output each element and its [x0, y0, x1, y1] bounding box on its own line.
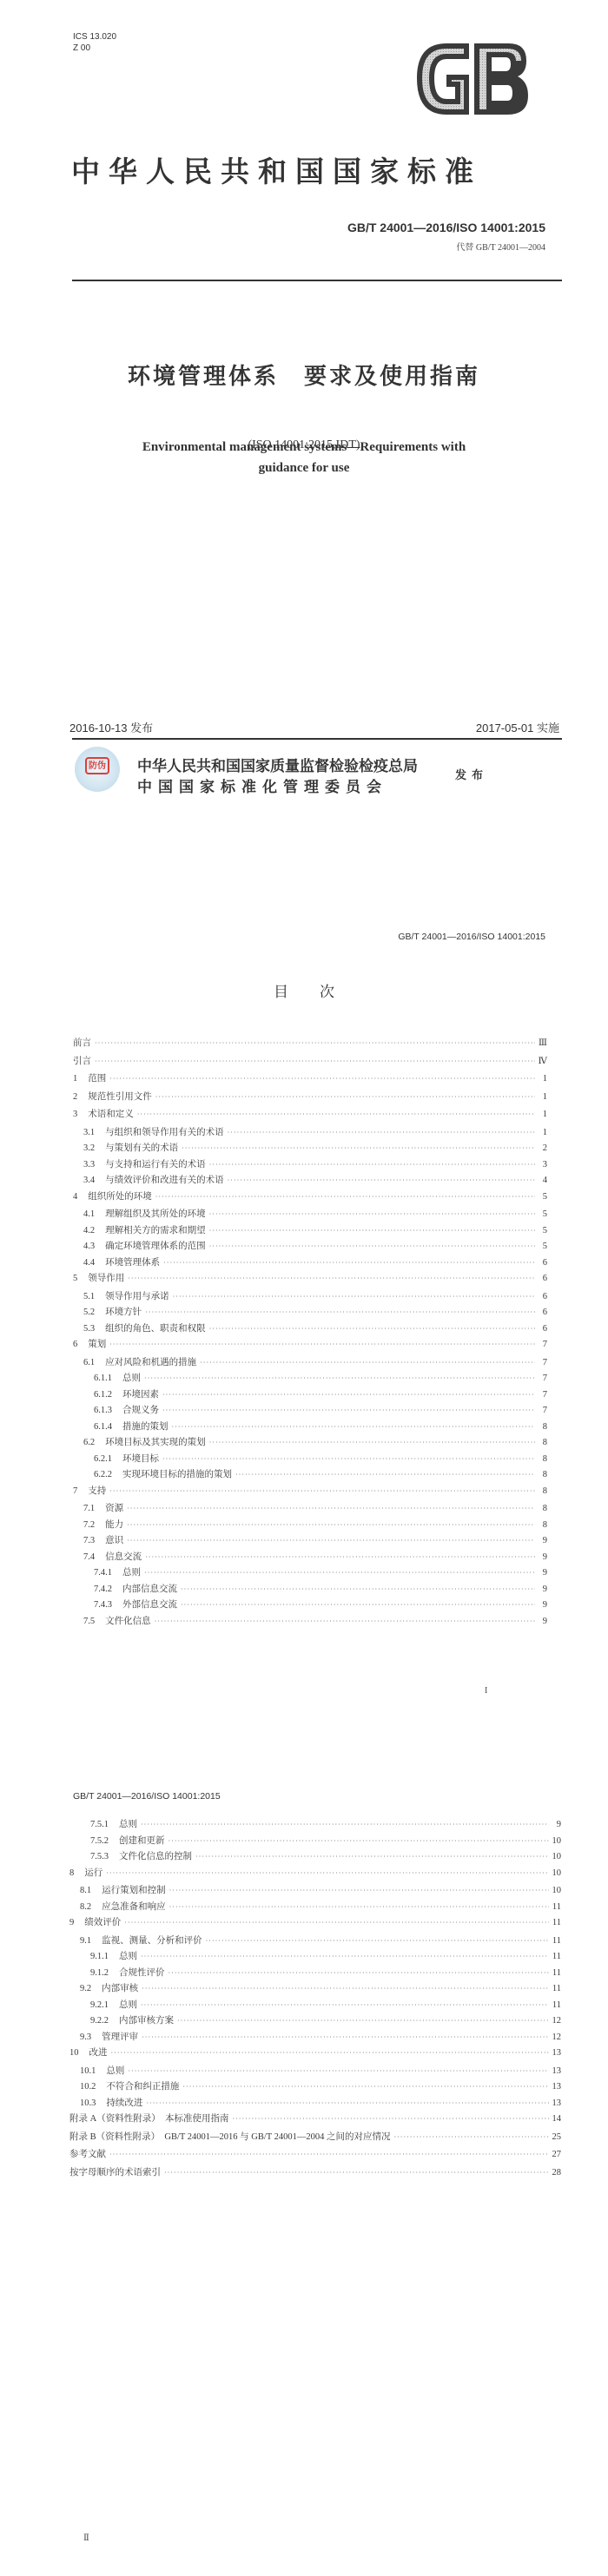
- toc-entry[interactable]: 7.5.2创建和更新10: [69, 1834, 561, 1850]
- toc-entry-number: 7.5: [83, 1617, 95, 1626]
- toc-entry-page: 12: [552, 2016, 562, 2026]
- toc-entry[interactable]: 1范围1: [73, 1071, 547, 1090]
- toc-entry-page: 13: [552, 2082, 562, 2092]
- toc-dot-leader: [128, 2067, 548, 2075]
- toc-entry-label: 理解相关方的需求和期望: [105, 1223, 206, 1236]
- toc-entry[interactable]: 8.1运行策划和控制10: [69, 1883, 561, 1900]
- toc-dot-leader: [111, 2049, 549, 2057]
- toc-entry-page: 13: [552, 2048, 562, 2058]
- toc-entry-page: 6: [539, 1324, 547, 1334]
- toc-entry[interactable]: 4.4环境管理体系6: [73, 1255, 547, 1272]
- toc-entry-number: 7.3: [83, 1536, 95, 1545]
- national-standard-title: 中华人民共和国国家标准: [71, 149, 566, 190]
- toc-entry[interactable]: 10改进13: [69, 2046, 561, 2064]
- toc-entry-label: 运行策划和控制: [102, 1883, 166, 1896]
- toc-dot-leader: [209, 1242, 535, 1250]
- toc-dot-leader: [169, 1969, 549, 1977]
- toc-entry-page: 11: [552, 1968, 561, 1978]
- toc-title: 目次: [0, 979, 608, 1001]
- toc-entry[interactable]: 7支持8: [73, 1484, 547, 1502]
- stamp-logo-icon: 防伪: [85, 757, 109, 774]
- table-of-contents-page1: 前言Ⅲ引言Ⅳ1范围12规范性引用文件13术语和定义13.1与组织和领导作用有关的…: [73, 1036, 547, 1630]
- toc-entry-page: 7: [539, 1406, 547, 1415]
- toc-entry-number: 9.2: [80, 1984, 91, 1993]
- toc-entry-label: 前言: [73, 1036, 91, 1049]
- toc-entry-number: 4.1: [83, 1209, 95, 1219]
- toc-entry[interactable]: 3术语和定义1: [73, 1107, 547, 1125]
- toc-entry[interactable]: 4.1理解组织及其所处的环境5: [73, 1207, 547, 1223]
- toc-entry[interactable]: 7.4.1总则9: [73, 1565, 547, 1582]
- anti-counterfeit-stamp: 防伪: [75, 747, 120, 792]
- toc-entry[interactable]: 9.2.2内部审核方案12: [69, 2013, 561, 2030]
- toc-entry[interactable]: 6.2.1环境目标8: [73, 1452, 547, 1468]
- toc-entry-page: 10: [552, 1852, 562, 1861]
- toc-entry[interactable]: 8.2应急准备和响应11: [69, 1900, 561, 1916]
- ccs-code: Z 00: [73, 43, 116, 54]
- toc-entry-label: 文件化信息的控制: [119, 1849, 192, 1862]
- toc-entry-number: 7.2: [83, 1520, 95, 1530]
- toc-entry-page: 6: [539, 1274, 547, 1283]
- toc-entry[interactable]: 9.1.1总则11: [69, 1949, 561, 1966]
- toc-entry-number: 4: [73, 1192, 77, 1202]
- toc-entry-page: 9: [552, 1820, 561, 1829]
- toc-entry[interactable]: 7.5文件化信息9: [73, 1614, 547, 1631]
- toc-entry-label: 组织所处的环境: [88, 1189, 152, 1202]
- toc-entry[interactable]: 9.1监视、测量、分析和评价11: [69, 1934, 561, 1950]
- toc-dot-leader: [181, 1601, 535, 1609]
- toc-dot-leader: [109, 1341, 535, 1348]
- toc-dot-leader: [145, 1308, 535, 1316]
- table-of-contents-page2: 7.5.1总则97.5.2创建和更新107.5.3文件化信息的控制108运行10…: [69, 1817, 561, 2183]
- toc-dot-leader: [127, 1505, 535, 1512]
- toc-entry-number: 9.2.2: [90, 2016, 109, 2026]
- toc-dot-leader: [163, 1259, 535, 1267]
- toc-entry[interactable]: 4组织所处的环境5: [73, 1189, 547, 1208]
- toc-entry-page: 1: [539, 1128, 547, 1137]
- toc-entry-number: 6: [73, 1340, 77, 1349]
- toc-entry-label: 规范性引用文件: [88, 1090, 152, 1103]
- toc-entry[interactable]: 9.2.1总则11: [69, 1998, 561, 2014]
- toc-entry-page: 3: [539, 1160, 547, 1169]
- toc-dot-leader: [127, 1537, 535, 1545]
- toc-dot-leader: [142, 1985, 549, 1993]
- replaces-standard: 代替 GB/T 24001—2004: [456, 240, 545, 253]
- toc-dot-leader: [162, 1407, 535, 1414]
- toc-entry-page: 8: [539, 1486, 547, 1496]
- toc-entry[interactable]: 6.1.4措施的策划8: [73, 1420, 547, 1436]
- toc-entry-number: 6.1.1: [94, 1374, 112, 1383]
- toc-entry-label: 术语和定义: [88, 1107, 134, 1120]
- toc-entry-number: 6.1: [83, 1358, 95, 1367]
- toc-entry-page: 7: [539, 1358, 547, 1367]
- toc-entry-page: 9: [539, 1600, 547, 1610]
- toc-entry-number: 4.4: [83, 1258, 95, 1268]
- toc-entry-label: 领导作用: [88, 1271, 124, 1284]
- toc-entry[interactable]: 7.4.2内部信息交流9: [73, 1582, 547, 1598]
- toc-entry[interactable]: 5领导作用6: [73, 1271, 547, 1289]
- toc-entry-page: 5: [539, 1242, 547, 1251]
- toc-entry-page: 11: [552, 1902, 561, 1912]
- toc-entry-page: 11: [552, 1984, 561, 1993]
- toc-entry[interactable]: 9.2内部审核11: [69, 1981, 561, 1998]
- document-title-en-line2: guidance for use: [113, 458, 495, 478]
- toc-entry-number: 10.2: [80, 2082, 96, 2092]
- toc-dot-leader: [144, 1569, 535, 1577]
- toc-entry-label: 应急准备和响应: [102, 1900, 166, 1913]
- toc-entry-page: 28: [552, 2168, 562, 2177]
- toc-entry[interactable]: 引言Ⅳ: [73, 1054, 547, 1072]
- toc-dot-leader: [155, 1093, 535, 1101]
- toc-entry-number: 5.1: [83, 1292, 95, 1301]
- toc-entry-page: 8: [539, 1504, 547, 1513]
- toc-entry[interactable]: 6.1.1总则7: [73, 1371, 547, 1387]
- toc-entry-page: 11: [552, 1936, 561, 1946]
- toc-entry-number: 9.1.1: [90, 1952, 109, 1961]
- toc-entry-label: 与支持和运行有关的术语: [105, 1157, 206, 1170]
- toc-entry-page: 8: [539, 1438, 547, 1447]
- toc-entry[interactable]: 附录 A（资料性附录） 本标准使用指南14: [69, 2112, 561, 2130]
- standard-number: GB/T 24001—2016/ISO 14001:2015: [347, 221, 545, 234]
- toc-entry-label: 总则: [122, 1565, 141, 1578]
- toc-entry-page: 2: [539, 1143, 547, 1153]
- running-header-page1: GB/T 24001—2016/ISO 14001:2015: [398, 932, 545, 942]
- toc-dot-leader: [124, 1919, 549, 1927]
- toc-entry[interactable]: 3.2与策划有关的术语2: [73, 1141, 547, 1157]
- toc-entry[interactable]: 2规范性引用文件1: [73, 1090, 547, 1108]
- toc-entry[interactable]: 6.2.2实现环境目标的措施的策划8: [73, 1467, 547, 1484]
- toc-entry-page: 8: [539, 1470, 547, 1479]
- toc-entry[interactable]: 6.1.2环境因素7: [73, 1387, 547, 1404]
- toc-entry[interactable]: 9绩效评价11: [69, 1915, 561, 1934]
- toc-entry-label: 参考文献: [69, 2147, 106, 2160]
- ics-code: ICS 13.020: [73, 31, 116, 43]
- ics-classification: ICS 13.020 Z 00: [73, 31, 116, 54]
- toc-entry-label: 附录 A（资料性附录） 本标准使用指南: [69, 2112, 228, 2125]
- toc-entry-label: 环境管理体系: [105, 1255, 160, 1268]
- toc-dot-leader: [393, 2133, 548, 2141]
- cover-bottom-divider: [72, 738, 562, 740]
- toc-entry-number: 6.2.2: [94, 1470, 112, 1479]
- toc-entry-number: 8.1: [80, 1886, 91, 1895]
- toc-entry[interactable]: 6.1应对风险和机遇的措施7: [73, 1355, 547, 1372]
- toc-entry-number: 3.4: [83, 1176, 95, 1185]
- toc-entry[interactable]: 参考文献27: [69, 2147, 561, 2165]
- toc-dot-leader: [95, 1057, 535, 1065]
- toc-dot-leader: [137, 1110, 535, 1118]
- toc-dot-leader: [162, 1455, 535, 1463]
- toc-entry[interactable]: 4.3确定环境管理体系的范围5: [73, 1239, 547, 1255]
- toc-entry[interactable]: 3.1与组织和领导作用有关的术语1: [73, 1125, 547, 1142]
- toc-entry-number: 3.1: [83, 1128, 95, 1137]
- toc-entry-label: 合规义务: [122, 1403, 159, 1416]
- toc-entry-page: 11: [552, 1918, 561, 1927]
- toc-entry-page: 8: [539, 1520, 547, 1530]
- toc-entry-label: 合规性评价: [119, 1966, 165, 1979]
- toc-dot-leader: [162, 1391, 535, 1399]
- toc-entry-label: 附录 B（资料性附录） GB/T 24001—2016 与 GB/T 24001…: [69, 2130, 390, 2143]
- toc-entry-number: 9: [69, 1918, 74, 1927]
- toc-entry-label: 组织的角色、职责和权限: [105, 1321, 206, 1334]
- toc-entry-label: 措施的策划: [122, 1420, 169, 1433]
- toc-entry-label: 总则: [122, 1371, 141, 1384]
- toc-dot-leader: [109, 1487, 535, 1495]
- toc-entry-page: 13: [552, 2066, 562, 2076]
- toc-entry[interactable]: 7.1资源8: [73, 1501, 547, 1518]
- toc-entry[interactable]: 7.5.3文件化信息的控制10: [69, 1849, 561, 1866]
- toc-entry-label: 环境目标及其实现的策划: [105, 1435, 206, 1448]
- toc-entry-number: 6.1.4: [94, 1422, 112, 1432]
- toc-dot-leader: [181, 1585, 535, 1593]
- toc-entry-page: 10: [552, 1886, 562, 1895]
- toc-entry[interactable]: 7.2能力8: [73, 1518, 547, 1534]
- toc-entry[interactable]: 6.1.3合规义务7: [73, 1403, 547, 1420]
- toc-entry[interactable]: 5.3组织的角色、职责和权限6: [73, 1321, 547, 1338]
- toc-entry[interactable]: 5.2环境方针6: [73, 1305, 547, 1321]
- toc-entry-number: 6.1.3: [94, 1406, 112, 1415]
- toc-dot-leader: [228, 1176, 535, 1184]
- toc-entry-number: 7.4: [83, 1552, 95, 1562]
- toc-entry-label: 总则: [119, 1817, 137, 1830]
- toc-entry[interactable]: 6.2环境目标及其实现的策划8: [73, 1435, 547, 1452]
- toc-dot-leader: [169, 1887, 549, 1894]
- toc-entry-page: 5: [539, 1192, 547, 1202]
- toc-entry-label: 策划: [88, 1337, 106, 1350]
- toc-entry[interactable]: 3.3与支持和运行有关的术语3: [73, 1157, 547, 1174]
- toc-dot-leader: [144, 1374, 535, 1382]
- toc-entry[interactable]: 8运行10: [69, 1866, 561, 1884]
- toc-dot-leader: [209, 1439, 535, 1446]
- toc-entry-number: 5: [73, 1274, 77, 1283]
- toc-entry-label: 绩效评价: [84, 1915, 121, 1928]
- toc-entry-label: 能力: [105, 1518, 123, 1531]
- toc-dot-leader: [177, 2017, 549, 2025]
- toc-entry-page: Ⅲ: [539, 1038, 547, 1048]
- toc-entry-number: 7: [73, 1486, 77, 1496]
- toc-entry[interactable]: 前言Ⅲ: [73, 1036, 547, 1054]
- toc-entry-number: 10: [69, 2048, 79, 2058]
- toc-dot-leader: [173, 1293, 535, 1301]
- toc-dot-leader: [206, 1937, 549, 1945]
- toc-entry[interactable]: 7.5.1总则9: [69, 1817, 561, 1834]
- toc-entry-label: 文件化信息: [105, 1614, 151, 1627]
- toc-entry-label: 总则: [119, 1949, 137, 1962]
- toc-entry-page: 5: [539, 1209, 547, 1219]
- toc-entry-label: 改进: [89, 2046, 108, 2059]
- toc-dot-leader: [172, 1423, 536, 1431]
- toc-entry-number: 3: [73, 1110, 77, 1119]
- toc-entry-number: 9.1: [80, 1936, 91, 1946]
- toc-dot-leader: [209, 1210, 535, 1218]
- toc-entry[interactable]: 7.3意识9: [73, 1533, 547, 1550]
- toc-entry[interactable]: 按字母顺序的术语索引28: [69, 2165, 561, 2184]
- toc-dot-leader: [155, 1617, 535, 1625]
- toc-entry-page: 9: [539, 1536, 547, 1545]
- toc-dot-leader: [209, 1161, 535, 1169]
- toc-entry-label: 内部信息交流: [122, 1582, 177, 1595]
- toc-entry-page: 12: [552, 2032, 562, 2042]
- toc-dot-leader: [95, 1039, 535, 1047]
- toc-entry-number: 9.3: [80, 2032, 91, 2042]
- toc-entry-label: 支持: [88, 1484, 106, 1497]
- toc-entry-number: 10.3: [80, 2098, 96, 2108]
- toc-entry-label: 创建和更新: [119, 1834, 165, 1847]
- issue-label: 发布: [455, 766, 488, 782]
- toc-entry-page: 1: [539, 1074, 547, 1084]
- toc-entry-page: 6: [539, 1292, 547, 1301]
- toc-dot-leader: [142, 2033, 548, 2041]
- gb-logo: [412, 38, 532, 122]
- toc-dot-leader: [146, 2099, 548, 2107]
- toc-dot-leader: [164, 2169, 549, 2177]
- toc-entry-page: 9: [539, 1552, 547, 1562]
- toc-entry-label: 引言: [73, 1054, 91, 1067]
- toc-entry-number: 10.1: [80, 2066, 96, 2076]
- gb-logo-icon: [412, 38, 532, 122]
- toc-entry-page: 10: [552, 1836, 562, 1846]
- toc-entry-page: 8: [539, 1454, 547, 1464]
- toc-entry-number: 8: [69, 1868, 74, 1878]
- toc-entry-number: 7.4.3: [94, 1600, 112, 1610]
- toc-entry-page: 10: [552, 1868, 562, 1878]
- toc-dot-leader: [232, 2115, 548, 2123]
- toc-entry-page: 9: [539, 1568, 547, 1578]
- cover-top-divider: [72, 280, 562, 281]
- toc-entry-number: 5.3: [83, 1324, 95, 1334]
- toc-entry[interactable]: 4.2理解相关方的需求和期望5: [73, 1223, 547, 1240]
- toc-dot-leader: [106, 1869, 548, 1877]
- toc-entry-number: 5.2: [83, 1308, 95, 1317]
- toc-entry-page: 9: [539, 1617, 547, 1626]
- toc-entry-page: 7: [539, 1374, 547, 1383]
- toc-dot-leader: [141, 1953, 549, 1960]
- toc-entry-page: 6: [539, 1308, 547, 1317]
- toc-entry[interactable]: 10.3持续改进13: [69, 2096, 561, 2112]
- toc-entry-number: 2: [73, 1092, 77, 1102]
- toc-entry[interactable]: 6策划7: [73, 1337, 547, 1355]
- toc-entry-label: 应对风险和机遇的措施: [105, 1355, 196, 1368]
- publish-date: 2016-10-13 发布: [69, 719, 153, 735]
- page-folio-1: I: [485, 1686, 487, 1696]
- toc-entry[interactable]: 附录 B（资料性附录） GB/T 24001—2016 与 GB/T 24001…: [69, 2130, 561, 2148]
- toc-entry-page: 5: [539, 1226, 547, 1235]
- toc-dot-leader: [155, 1193, 535, 1201]
- toc-dot-leader: [109, 1075, 535, 1083]
- toc-entry[interactable]: 5.1领导作用与承诺6: [73, 1289, 547, 1306]
- toc-dot-leader: [169, 1837, 549, 1845]
- toc-entry-number: 7.5.3: [90, 1852, 109, 1861]
- toc-entry-page: 7: [539, 1340, 547, 1349]
- toc-entry-label: 持续改进: [106, 2096, 142, 2109]
- toc-entry-label: 资源: [105, 1501, 123, 1514]
- page-folio-2: Ⅱ: [83, 2533, 89, 2543]
- issuer-sac: 中国国家标准化管理委员会: [137, 774, 387, 796]
- toc-entry-number: 1: [73, 1074, 77, 1084]
- toc-dot-leader: [209, 1227, 535, 1235]
- toc-entry[interactable]: 9.3管理评审12: [69, 2030, 561, 2046]
- toc-entry-page: 13: [552, 2098, 562, 2108]
- toc-entry-number: 7.4.2: [94, 1584, 112, 1594]
- toc-entry-label: 监视、测量、分析和评价: [102, 1934, 202, 1947]
- toc-entry-number: 4.2: [83, 1226, 95, 1235]
- toc-dot-leader: [145, 1553, 535, 1561]
- toc-entry-label: 范围: [88, 1071, 106, 1084]
- toc-entry-page: 11: [552, 2000, 561, 2010]
- toc-entry[interactable]: 10.2不符合和纠正措施13: [69, 2079, 561, 2096]
- toc-dot-leader: [182, 1144, 535, 1152]
- toc-dot-leader: [235, 1471, 535, 1479]
- toc-entry-number: 3.2: [83, 1143, 95, 1153]
- toc-entry-label: 总则: [119, 1998, 137, 2011]
- toc-entry-number: 7.1: [83, 1504, 95, 1513]
- toc-dot-leader: [127, 1521, 535, 1529]
- toc-entry-page: 1: [539, 1092, 547, 1102]
- toc-entry-page: 8: [539, 1422, 547, 1432]
- toc-dot-leader: [228, 1129, 535, 1136]
- implement-date: 2017-05-01 实施: [476, 719, 559, 735]
- toc-entry-label: 不符合和纠正措施: [106, 2079, 179, 2092]
- toc-entry-label: 环境因素: [122, 1387, 159, 1400]
- toc-entry-page: 14: [552, 2114, 562, 2124]
- toc-entry[interactable]: 7.4.3外部信息交流9: [73, 1598, 547, 1614]
- toc-entry-number: 6.1.2: [94, 1390, 112, 1400]
- document-title-cn: 环境管理体系 要求及使用指南: [0, 359, 608, 391]
- toc-entry-label: 与绩效评价和改进有关的术语: [105, 1173, 224, 1186]
- toc-entry[interactable]: 7.4信息交流9: [73, 1550, 547, 1566]
- toc-entry[interactable]: 9.1.2合规性评价11: [69, 1966, 561, 1982]
- toc-entry-label: 内部审核: [102, 1981, 138, 1994]
- toc-dot-leader: [195, 1853, 549, 1861]
- toc-dot-leader: [209, 1325, 535, 1333]
- toc-entry-page: 9: [539, 1584, 547, 1594]
- toc-entry-label: 与策划有关的术语: [105, 1141, 178, 1154]
- toc-entry-page: 27: [552, 2150, 562, 2159]
- toc-entry-number: 6.2: [83, 1438, 95, 1447]
- issuer-aqsiq: 中华人民共和国国家质量监督检验检疫总局: [137, 754, 418, 775]
- iso-equivalence: (ISO 14001:2015,IDT): [0, 438, 608, 452]
- toc-entry-page: 7: [539, 1390, 547, 1400]
- toc-entry-page: 25: [552, 2132, 562, 2142]
- toc-entry-page: 6: [539, 1258, 547, 1268]
- toc-entry-label: 实现环境目标的措施的策划: [122, 1467, 232, 1480]
- toc-entry-number: 8.2: [80, 1902, 91, 1912]
- toc-entry-number: 7.4.1: [94, 1568, 112, 1578]
- toc-entry[interactable]: 10.1总则13: [69, 2064, 561, 2080]
- toc-entry-page: 4: [539, 1176, 547, 1185]
- toc-entry-number: 3.3: [83, 1160, 95, 1169]
- toc-entry-label: 内部审核方案: [119, 2013, 174, 2026]
- toc-entry-label: 环境目标: [122, 1452, 159, 1465]
- toc-dot-leader: [182, 2083, 548, 2091]
- running-header-page2: GB/T 24001—2016/ISO 14001:2015: [73, 1791, 221, 1802]
- toc-entry-label: 与组织和领导作用有关的术语: [105, 1125, 224, 1138]
- toc-dot-leader: [169, 1903, 549, 1911]
- toc-entry-label: 领导作用与承诺: [105, 1289, 169, 1302]
- toc-entry-number: 9.1.2: [90, 1968, 109, 1978]
- toc-entry-label: 环境方针: [105, 1305, 142, 1318]
- toc-entry-label: 理解组织及其所处的环境: [105, 1207, 206, 1220]
- toc-entry-label: 信息交流: [105, 1550, 142, 1563]
- toc-entry-label: 意识: [105, 1533, 123, 1546]
- toc-entry-label: 确定环境管理体系的范围: [105, 1239, 206, 1252]
- toc-entry-number: 9.2.1: [90, 2000, 109, 2010]
- toc-entry-label: 管理评审: [102, 2030, 138, 2043]
- toc-entry-number: 7.5.1: [90, 1820, 109, 1829]
- toc-entry-page: 11: [552, 1952, 561, 1961]
- toc-entry-number: 7.5.2: [90, 1836, 109, 1846]
- toc-dot-leader: [200, 1359, 535, 1367]
- toc-dot-leader: [109, 2151, 549, 2158]
- toc-entry[interactable]: 3.4与绩效评价和改进有关的术语4: [73, 1173, 547, 1189]
